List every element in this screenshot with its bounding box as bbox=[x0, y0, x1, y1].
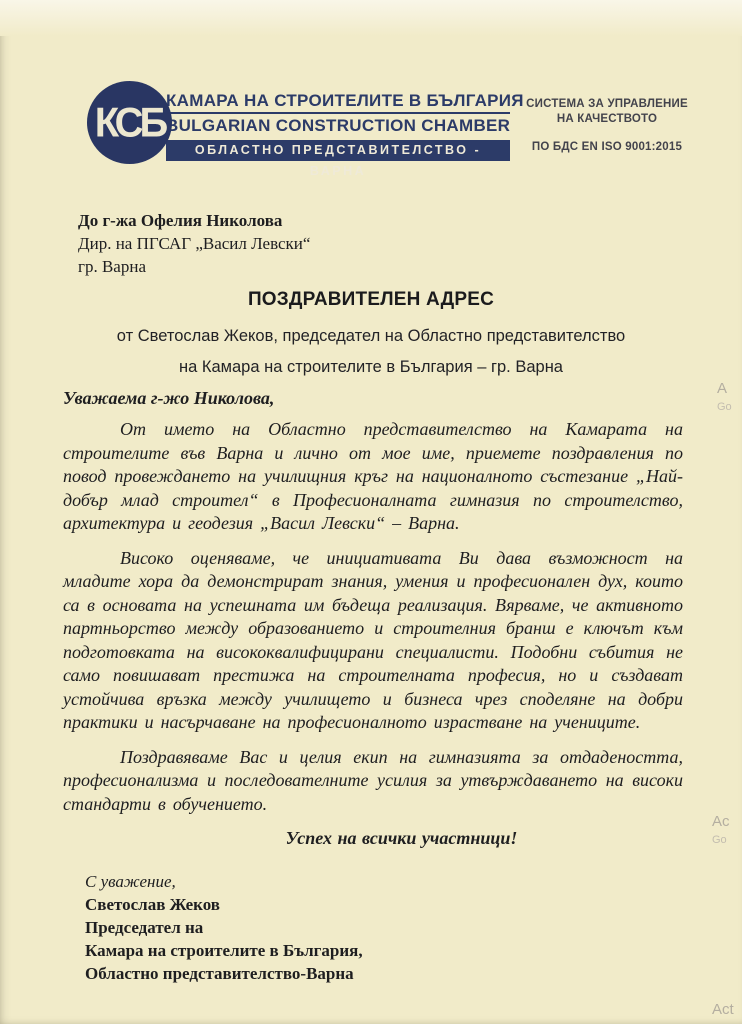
watermark-fragment-1-subtext: Go bbox=[717, 402, 732, 413]
bcc-logo-icon: КСБ bbox=[87, 81, 172, 164]
signer-role-1: Председател на bbox=[85, 916, 683, 939]
iso-standard-line: ПО БДС EN ISO 9001:2015 bbox=[511, 140, 703, 155]
scan-edge-highlight bbox=[0, 0, 742, 36]
quality-system-block: СИСТЕМА ЗА УПРАВЛЕНИЕ НА КАЧЕСТВОТО ПО Б… bbox=[511, 97, 703, 155]
recipient-role: Дир. на ПГСАГ „Васил Левски“ bbox=[78, 232, 310, 255]
salutation: Уважаема г-жо Николова, bbox=[63, 388, 274, 409]
body-paragraph-3: Поздравяваме Вас и целия екип на гимнази… bbox=[63, 746, 683, 817]
bcc-logo-initials: КСБ bbox=[95, 102, 165, 144]
watermark-fragment-1: A Go bbox=[717, 381, 732, 413]
branch-banner: ОБЛАСТНО ПРЕДСТАВИТЕЛСТВО - ВАРНА bbox=[166, 140, 510, 161]
watermark-fragment-3-text: Act bbox=[712, 1001, 734, 1018]
recipient-name: До г-жа Офелия Николова bbox=[78, 209, 310, 232]
recipient-block: До г-жа Офелия Николова Дир. на ПГСАГ „В… bbox=[78, 209, 310, 278]
valediction: С уважение, bbox=[85, 870, 683, 893]
letter-body: От името на Областно представителство на… bbox=[63, 418, 683, 985]
signature-block: С уважение, Светослав Жеков Председател … bbox=[63, 870, 683, 985]
title-subtitle-1: от Светослав Жеков, председател на Облас… bbox=[0, 328, 742, 345]
quality-line-2: НА КАЧЕСТВОТО bbox=[511, 112, 703, 127]
signer-role-2: Камара на строителите в България, bbox=[85, 939, 683, 962]
body-paragraph-2: Високо оценяваме, че инициативата Ви дав… bbox=[63, 547, 683, 735]
title-subtitle-2: на Камара на строителите в България – гр… bbox=[0, 359, 742, 376]
scanned-letter-page: КСБ КАМАРА НА СТРОИТЕЛИТЕ В БЪЛГАРИЯ BUL… bbox=[0, 0, 742, 1024]
org-name-english: BULGARIAN CONSTRUCTION CHAMBER bbox=[166, 116, 510, 136]
watermark-fragment-2-subtext: Go bbox=[712, 835, 730, 846]
body-paragraph-1: От името на Областно представителство на… bbox=[63, 418, 683, 536]
signer-name: Светослав Жеков bbox=[85, 893, 683, 916]
watermark-fragment-2-text: Ac bbox=[712, 813, 730, 830]
closing-exclamation: Успех на всички участници! bbox=[63, 827, 683, 851]
letterhead-org-block: КАМАРА НА СТРОИТЕЛИТЕ В БЪЛГАРИЯ BULGARI… bbox=[166, 91, 510, 161]
title-block: ПОЗДРАВИТЕЛЕН АДРЕС от Светослав Жеков, … bbox=[0, 290, 742, 375]
letterhead-divider bbox=[166, 112, 510, 114]
quality-line-1: СИСТЕМА ЗА УПРАВЛЕНИЕ bbox=[511, 97, 703, 112]
document-title: ПОЗДРАВИТЕЛЕН АДРЕС bbox=[0, 290, 742, 309]
watermark-fragment-2: Ac Go bbox=[712, 814, 730, 846]
watermark-fragment-3: Act bbox=[712, 1002, 734, 1017]
recipient-city: гр. Варна bbox=[78, 255, 310, 278]
watermark-fragment-1-text: A bbox=[717, 380, 727, 397]
signer-role-3: Областно представителство-Варна bbox=[85, 962, 683, 985]
org-name-bulgarian: КАМАРА НА СТРОИТЕЛИТЕ В БЪЛГАРИЯ bbox=[166, 91, 510, 111]
